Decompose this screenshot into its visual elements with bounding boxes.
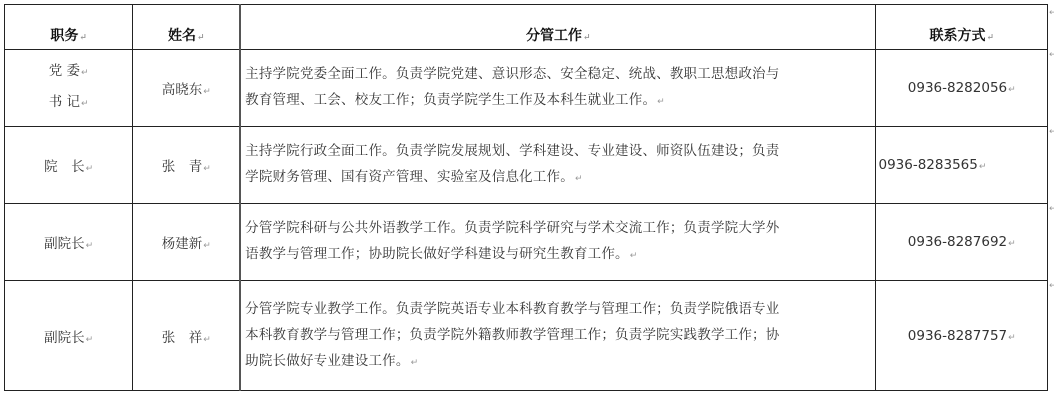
paragraph-mark-icon: ↵ — [1008, 333, 1016, 343]
paragraph-mark-icon: ↵ — [583, 33, 591, 43]
cell-name: 张 祥↵ — [133, 281, 240, 391]
cell-contact: 0936-8287757↵ — [876, 281, 1048, 391]
paragraph-mark-icon: ↵ — [575, 174, 583, 184]
row-end-mark-icon: ↵ — [1049, 50, 1054, 60]
paragraph-mark-icon: ↵ — [1008, 85, 1016, 95]
paragraph-mark-icon: ↵ — [203, 241, 211, 251]
row-end-mark-icon: ↵ — [1049, 204, 1054, 214]
cell-name: 张 青↵ — [133, 127, 240, 204]
cell-duties: 主持学院行政全面工作。负责学院发展规划、学科建设、专业建设、师资队伍建设；负责 … — [240, 127, 876, 204]
paragraph-mark-icon: ↵ — [81, 99, 89, 109]
header-title: 职务↵ — [5, 5, 133, 50]
cell-contact: 0936-8283565↵ — [876, 127, 1048, 204]
paragraph-mark-icon: ↵ — [81, 68, 89, 78]
paragraph-mark-icon: ↵ — [657, 97, 665, 107]
table-row: 院 长↵ 张 青↵ 主持学院行政全面工作。负责学院发展规划、学科建设、专业建设、… — [5, 127, 1048, 204]
row-end-mark-icon: ↵ — [1049, 281, 1054, 291]
cell-duties: 分管学院专业教学工作。负责学院英语专业本科教育教学与管理工作；负责学院俄语专业 … — [240, 281, 876, 391]
row-end-mark-icon: ↵ — [1049, 8, 1054, 18]
paragraph-mark-icon: ↵ — [203, 87, 211, 97]
cell-title: 副院长↵ — [5, 204, 133, 281]
paragraph-mark-icon: ↵ — [203, 335, 211, 345]
table-row: 党 委↵ 书 记↵ 高晓东↵ 主持学院党委全面工作。负责学院党建、意识形态、安全… — [5, 50, 1048, 127]
header-contact: 联系方式↵ — [876, 5, 1048, 50]
header-name: 姓名↵ — [133, 5, 240, 50]
cell-name: 杨建新↵ — [133, 204, 240, 281]
paragraph-mark-icon: ↵ — [79, 33, 87, 43]
cell-contact: 0936-8287692↵ — [876, 204, 1048, 281]
table-row: 副院长↵ 张 祥↵ 分管学院专业教学工作。负责学院英语专业本科教育教学与管理工作… — [5, 281, 1048, 391]
header-duties: 分管工作↵ — [240, 5, 876, 50]
cell-title: 院 长↵ — [5, 127, 133, 204]
paragraph-mark-icon: ↵ — [86, 335, 94, 345]
cell-duties: 主持学院党委全面工作。负责学院党建、意识形态、安全稳定、统战、教职工思想政治与 … — [240, 50, 876, 127]
cell-title: 副院长↵ — [5, 281, 133, 391]
paragraph-mark-icon: ↵ — [630, 251, 638, 261]
cell-contact: 0936-8282056↵ — [876, 50, 1048, 127]
paragraph-mark-icon: ↵ — [411, 358, 419, 368]
paragraph-mark-icon: ↵ — [979, 162, 987, 172]
table-header-row: 职务↵ 姓名↵ 分管工作↵ 联系方式↵ — [5, 5, 1048, 50]
paragraph-mark-icon: ↵ — [986, 33, 994, 43]
cell-title: 党 委↵ 书 记↵ — [5, 50, 133, 127]
table-row: 副院长↵ 杨建新↵ 分管学院科研与公共外语教学工作。负责学院科学研究与学术交流工… — [5, 204, 1048, 281]
leadership-duties-table: 职务↵ 姓名↵ 分管工作↵ 联系方式↵ 党 委↵ 书 记↵ 高晓东↵ 主持学院党… — [4, 4, 1048, 391]
paragraph-mark-icon: ↵ — [86, 241, 94, 251]
cell-name: 高晓东↵ — [133, 50, 240, 127]
paragraph-mark-icon: ↵ — [203, 164, 211, 174]
row-end-mark-icon: ↵ — [1049, 127, 1054, 137]
cell-duties: 分管学院科研与公共外语教学工作。负责学院科学研究与学术交流工作；负责学院大学外 … — [240, 204, 876, 281]
paragraph-mark-icon: ↵ — [197, 33, 205, 43]
paragraph-mark-icon: ↵ — [1008, 239, 1016, 249]
paragraph-mark-icon: ↵ — [86, 164, 94, 174]
